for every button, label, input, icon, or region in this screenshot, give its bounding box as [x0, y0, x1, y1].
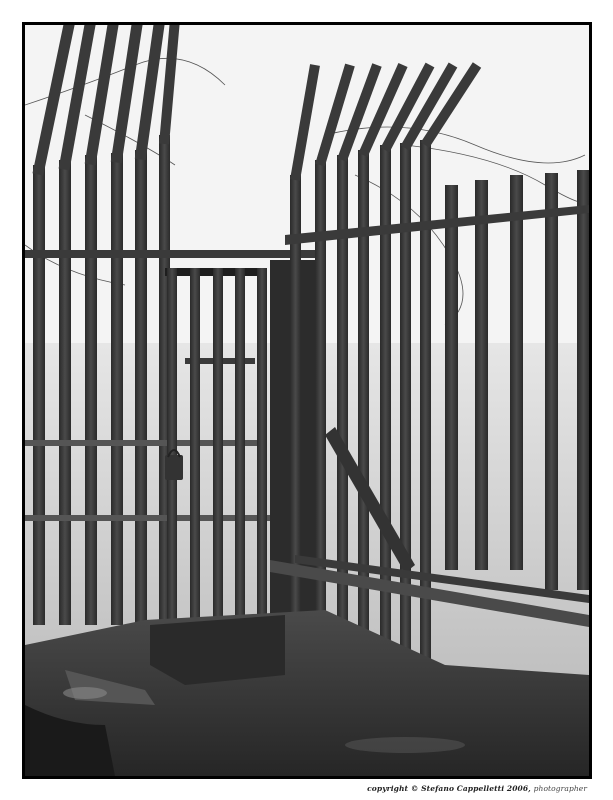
copyright-caption: copyright © Stefano Cappelletti 2006, ph…	[367, 784, 587, 793]
photograph	[25, 25, 589, 776]
photo-frame	[22, 22, 592, 779]
fence-scene	[25, 25, 589, 776]
copyright-text: copyright © Stefano Cappelletti 2006,	[367, 784, 531, 793]
copyright-role: photographer	[534, 784, 587, 793]
